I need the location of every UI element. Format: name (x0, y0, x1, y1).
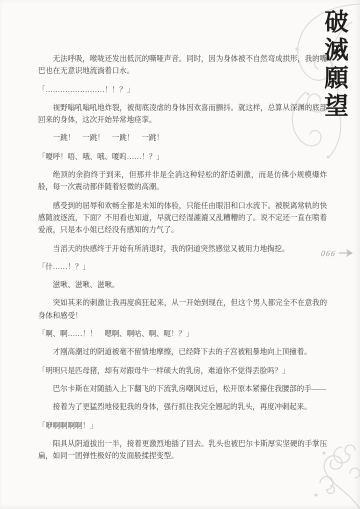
dialogue-line: 「……………………！！？」 (38, 84, 327, 96)
paragraph: 接着为了更猛烈地侵犯我的身体，强行抓住我完全翘起的乳头，再度冲刺起来。 (38, 401, 327, 413)
page-arrow-icon (338, 247, 354, 259)
book-page: 破滅願望 066 无法呼吸，喉咙还发出低沉的嘶哑声音。同时，因为身体被不自然弯成… (0, 0, 360, 509)
paragraph: 才刚高潮过的阴道被毫不留情地摩擦，已经降下去的子宫被粗暴地向上顶撞着。 (38, 346, 327, 358)
dialogue-line: 「明明只是匹母猪，却有对跟母牛一样硕大的乳房，难道你不觉得丢脸吗？」 (38, 365, 327, 377)
sfx-line: 滋啾、滋啾、滋啾。 (38, 279, 327, 291)
paragraph: 巴尔卡斯在对随插入上下翻飞的下流乳房嘲讽过后，松开原本紧攥住我腰部的手—— (38, 383, 327, 395)
paragraph: 阳具从阴道拔出一半，接着更激烈地插了回去。乳头也被巴尔卡斯厚实坚硬的手掌压扁，如… (38, 438, 327, 463)
dialogue-line: 「什……！？」 (38, 261, 327, 273)
paragraph: 当滔天的快感终于开始有所消退时，我的阴道突然感觉又被用力地掏挖。 (38, 243, 327, 255)
paragraph: 无法呼吸，喉咙还发出低沉的嘶哑声音。同时，因为身体被不自然弯成拱形，我的嘴巴也在… (38, 53, 327, 78)
dialogue-line: 「嗄呼！唔、哦、哦、嗄呜……！？」 (38, 151, 327, 163)
text-column: 无法呼吸，喉咙还发出低沉的嘶哑声音。同时，因为身体被不自然弯成拱形，我的嘴巴也在… (38, 53, 327, 468)
dialogue-line: 「咿啊啊啊啊！」 (38, 420, 327, 432)
sfx-line: 一跳！ 一跳！ 一跳！ 一跳！ (38, 132, 327, 144)
paragraph: 感受到的屈辱和欢畅全都是未知的体验，只能任由眼泪和口水流下。被脱离常轨的快感随波… (38, 200, 327, 237)
dialogue-line: 「啊、啊……！！ 嗯啊、啊咕、啊、呃！？」 (38, 328, 327, 340)
paragraph: 突如其来的刺激让我再度疯狂起来，从一开始到现在，但这个男人都完全不在意我的身体和… (38, 297, 327, 322)
paragraph: 视野嗡吼嗡吼地炸裂，被彻底凌虐的身体因欢喜而颤抖。就这样，总算从深渊的底部回来的… (38, 102, 327, 127)
paragraph: 绝顶的余韵终于到来，但那并非是全消这种轻松的舒适刺激，而是仿佛小规模爆炸般，每一… (38, 169, 327, 194)
